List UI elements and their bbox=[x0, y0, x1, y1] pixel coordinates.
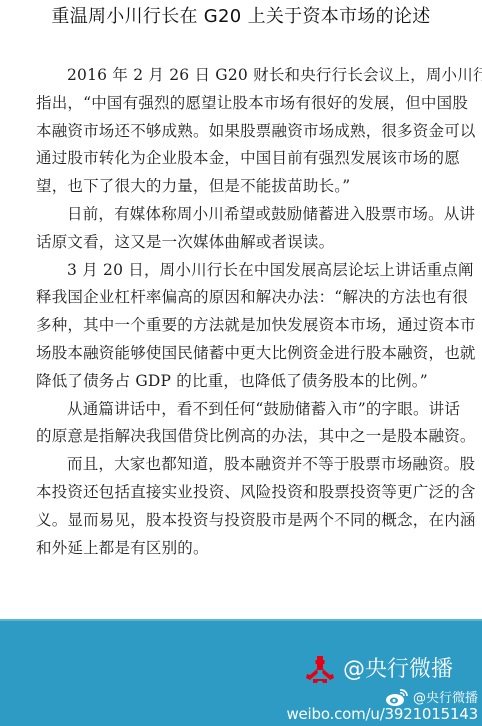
watermark-url: weibo.com/u/3921015143 bbox=[286, 705, 478, 723]
body-line: 本融资市场还不够成熟。如果股票融资市场成熟，很多资金可以 bbox=[36, 118, 452, 146]
body-line: 通过股市转化为企业股本金，中国目前有强烈发展该市场的愿 bbox=[36, 145, 452, 173]
pboc-logo-icon bbox=[305, 655, 335, 685]
body-line: 降低了债务占 GDP 的比重，也降低了债务股本的比例。” bbox=[36, 368, 452, 396]
body-line: 的原意是指解决我国借贷比例高的办法，其中之一是股本融资。 bbox=[36, 423, 452, 451]
watermark-handle-row: @央行微播 bbox=[385, 687, 478, 707]
body-line: 从通篇讲话中，看不到任何“鼓励储蓄入市”的字眼。讲话 bbox=[36, 396, 452, 424]
weibo-icon bbox=[385, 687, 409, 707]
document-body: 2016 年 2 月 26 日 G20 财长和央行行长会议上，周小川行长 指出，… bbox=[36, 62, 452, 562]
brand-name: @央行微播 bbox=[343, 655, 453, 685]
footer-banner: @央行微播 @央行微播 weibo.com/u/3921015143 bbox=[0, 619, 482, 726]
body-line: 指出，“中国有强烈的愿望让股本市场有很好的发展，但中国股 bbox=[36, 90, 452, 118]
brand: @央行微播 bbox=[305, 655, 453, 685]
body-line: 场股本融资能够使国民储蓄中更大比例资金进行股本融资，也就 bbox=[36, 340, 452, 368]
body-line: 本投资还包括直接实业投资、风险投资和股票投资等更广泛的含 bbox=[36, 479, 452, 507]
footer-divider bbox=[0, 619, 482, 621]
body-line: 义。显而易见，股本投资与投资股市是两个不同的概念，在内涵 bbox=[36, 507, 452, 535]
body-line: 3 月 20 日，周小川行长在中国发展高层论坛上讲话重点阐 bbox=[36, 257, 452, 285]
body-line: 释我国企业杠杆率偏高的原因和解决办法：“解决的方法也有很 bbox=[36, 284, 452, 312]
body-line: 2016 年 2 月 26 日 G20 财长和央行行长会议上，周小川行长 bbox=[36, 62, 452, 90]
document-title: 重温周小川行长在 G20 上关于资本市场的论述 bbox=[0, 2, 482, 32]
body-line: 和外延上都是有区别的。 bbox=[36, 535, 452, 563]
body-line: 望，也下了很大的力量，但是不能拔苗助长。” bbox=[36, 173, 452, 201]
body-line: 多种，其中一个重要的方法就是加快发展资本市场，通过资本市 bbox=[36, 312, 452, 340]
body-line: 日前，有媒体称周小川希望或鼓励储蓄进入股票市场。从讲 bbox=[36, 201, 452, 229]
body-line: 而且，大家也都知道，股本融资并不等于股票市场融资。股 bbox=[36, 451, 452, 479]
body-line: 话原文看，这又是一次媒体曲解或者误读。 bbox=[36, 229, 452, 257]
